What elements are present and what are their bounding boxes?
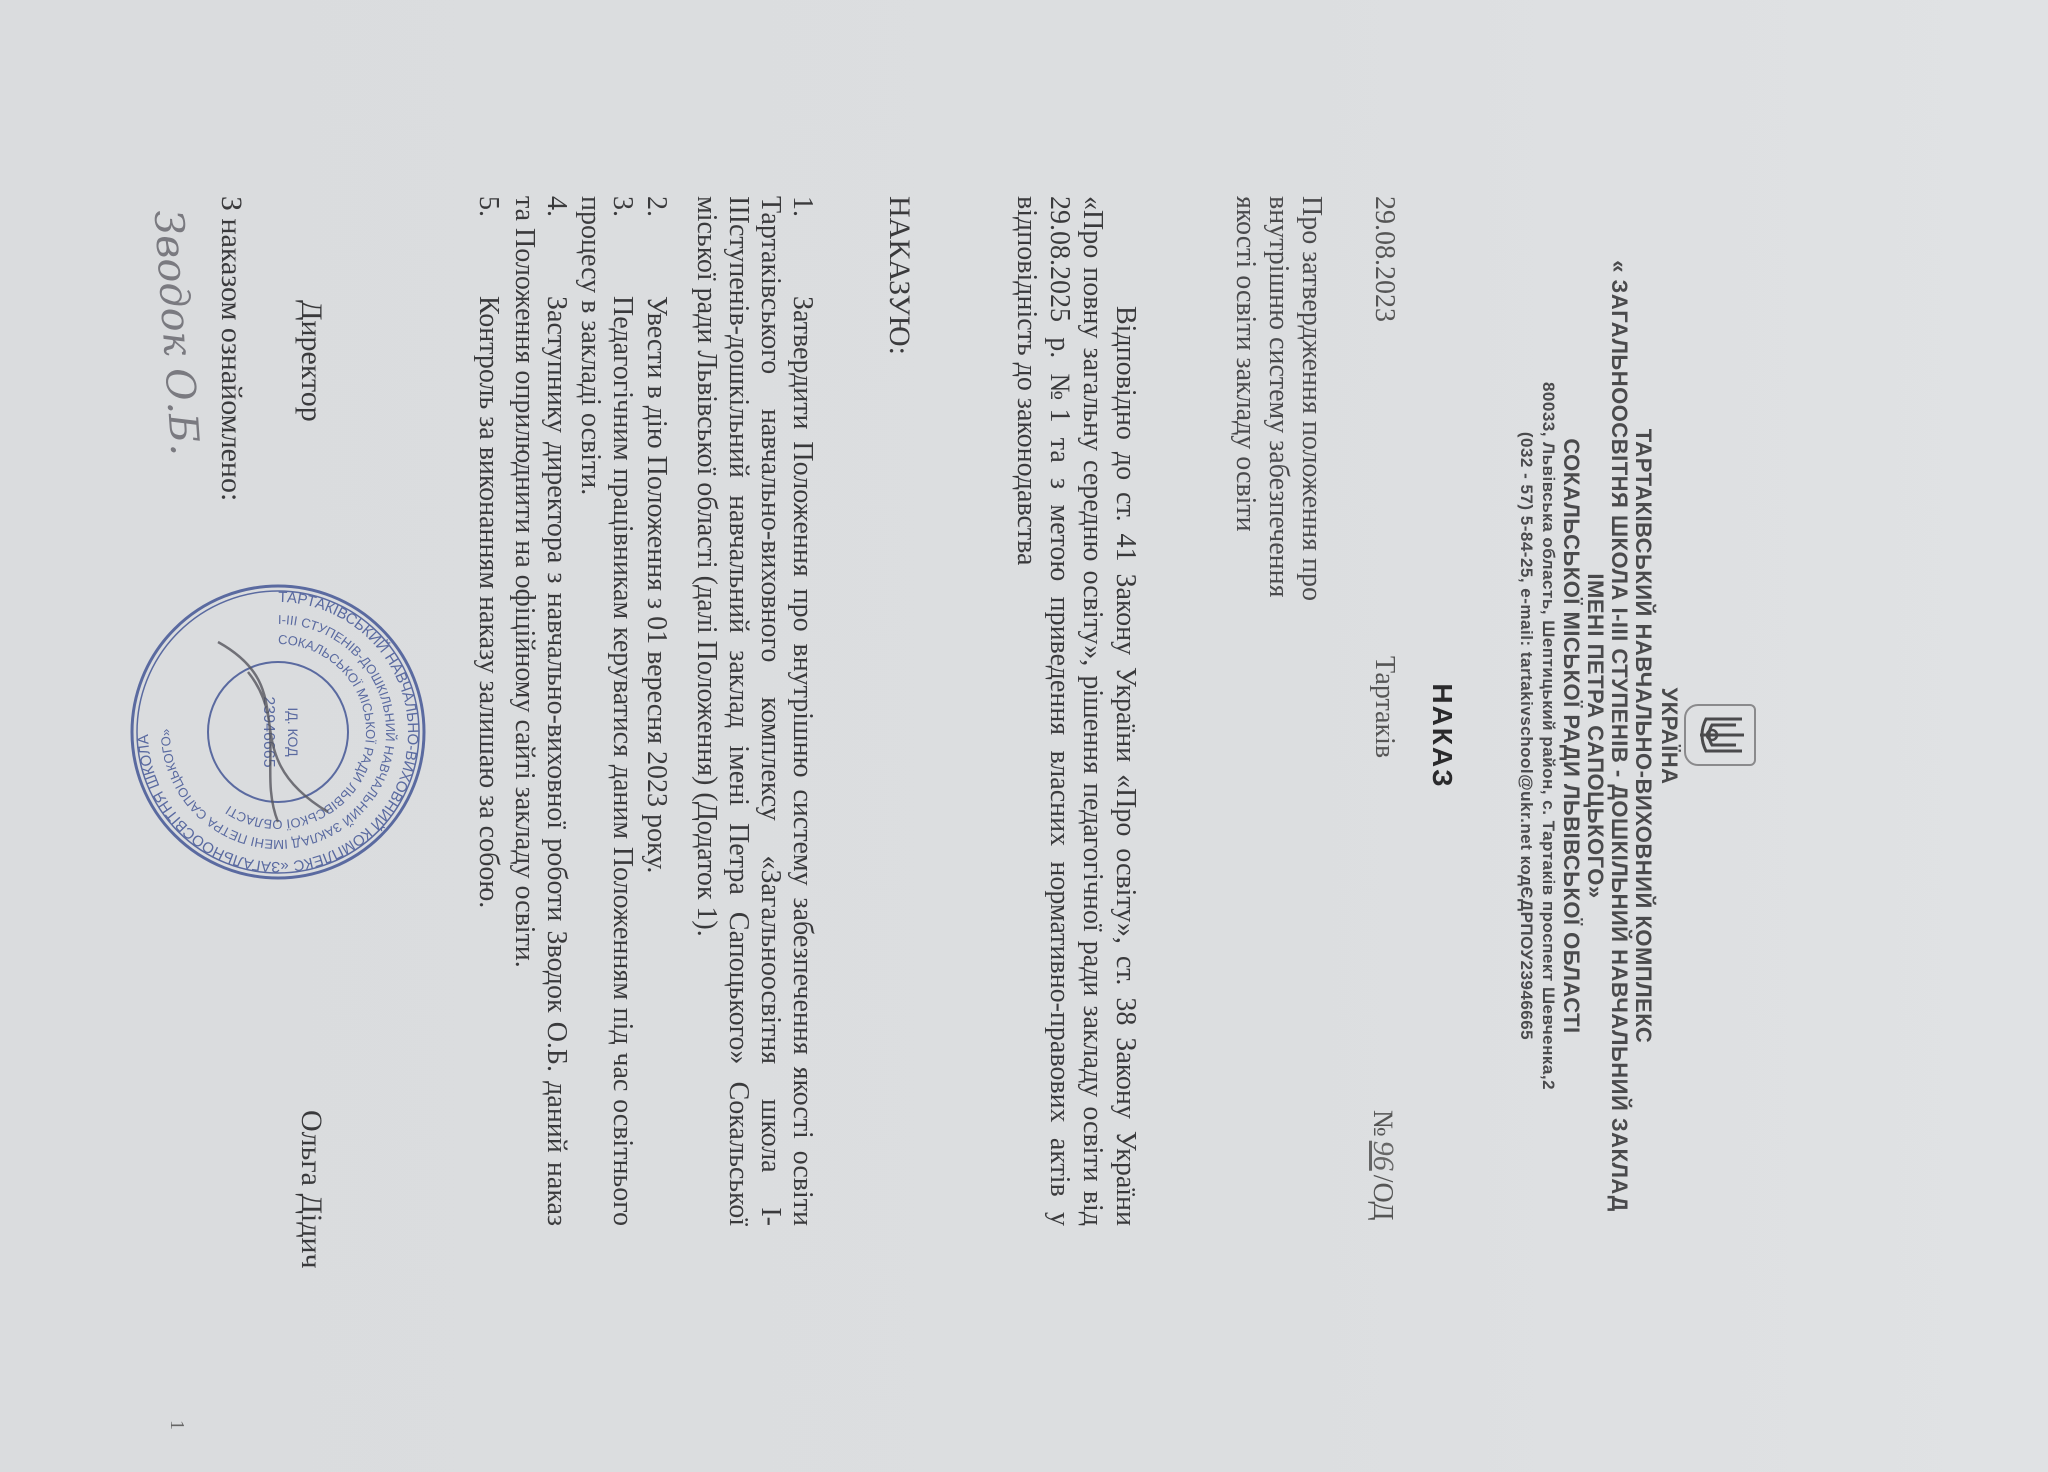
item-number: 5.: [472, 196, 504, 296]
acknowledged-label: З наказом ознайомлено:: [214, 196, 248, 501]
order-number-prefix: №: [1367, 1110, 1398, 1137]
order-subject: Про затвердження положення про внутрішню…: [1229, 196, 1328, 601]
order-item: 3.Педагогічним працівникам керуватися да…: [574, 196, 638, 1226]
order-place: Тартаків: [1368, 656, 1400, 758]
subject-line: внутрішню систему забезпечення: [1262, 196, 1295, 601]
order-number-suffix: /ОД: [1367, 1175, 1398, 1221]
subject-line: Про затвердження положення про: [1295, 196, 1328, 601]
header-contacts: (032 - 57) 5-84-25, e-mail: tartakivscho…: [1516, 0, 1536, 1472]
director-name: Ольга Дідич: [294, 1110, 328, 1269]
item-number: 2.: [640, 196, 672, 296]
item-number: 4.: [540, 196, 572, 296]
item-text: Заступнику директора з навчально-виховно…: [509, 196, 572, 1226]
order-item: 5.Контроль за виконанням наказу залишаю …: [472, 196, 504, 1226]
header-institution-line3: ІМЕНІ ПЕТРА САПОЦЬКОГО»: [1582, 0, 1608, 1472]
order-item: 2.Увести в дію Положення з 01 вересня 20…: [640, 196, 672, 1226]
item-text: Затвердити Положення про внутрішню систе…: [691, 196, 818, 1226]
header-address: 80033, Львівська область, Шептицький рай…: [1538, 0, 1558, 1472]
document-title: НАКАЗ: [1426, 0, 1458, 1472]
coat-of-arms-trident-icon: [1684, 704, 1756, 766]
svg-text:ІД. КОД: ІД. КОД: [285, 707, 301, 757]
order-number: №96/ОД: [1366, 1110, 1400, 1220]
header-institution-line2: « ЗАГАЛЬНООСВІТНЯ ШКОЛА І-ІІІ СТУПЕНІВ -…: [1606, 0, 1632, 1472]
item-number: 1.: [786, 196, 818, 296]
intro-paragraph: Відповідно до ст. 41 Закону України «Про…: [1010, 196, 1142, 1226]
order-item: 1.Затвердити Положення про внутрішню сис…: [690, 196, 818, 1226]
header-institution-line4: СОКАЛЬСЬКОЇ МІСЬКОЇ РАДИ ЛЬВІВСЬКОЇ ОБЛА…: [1558, 0, 1584, 1472]
order-date: 29.08.2023: [1368, 196, 1400, 322]
header-institution-line1: ТАРТАКІВСЬКИЙ НАВЧАЛЬНО-ВИХОВНИЙ КОМПЛЕК…: [1630, 0, 1656, 1472]
director-label: Директор: [294, 300, 328, 422]
order-number-handwritten: 96: [1367, 1137, 1400, 1175]
page-number: 1: [165, 1420, 188, 1430]
item-text: Контроль за виконанням наказу залишаю за…: [473, 296, 504, 908]
item-text: Увести в дію Положення з 01 вересня 2023…: [641, 296, 672, 873]
item-number: 3.: [606, 196, 638, 296]
document-page: УКРАЇНА ТАРТАКІВСЬКИЙ НАВЧАЛЬНО-ВИХОВНИЙ…: [0, 0, 2048, 1472]
subject-line: якості освіти закладу освіти: [1229, 196, 1262, 601]
header-country: УКРАЇНА: [1656, 0, 1682, 1472]
order-word: НАКАЗУЮ:: [882, 196, 916, 355]
item-text: Педагогічним працівникам керуватися дани…: [575, 196, 638, 1226]
order-item: 4.Заступнику директора з навчально-вихов…: [508, 196, 572, 1226]
svg-text:23946665: 23946665: [260, 696, 277, 767]
